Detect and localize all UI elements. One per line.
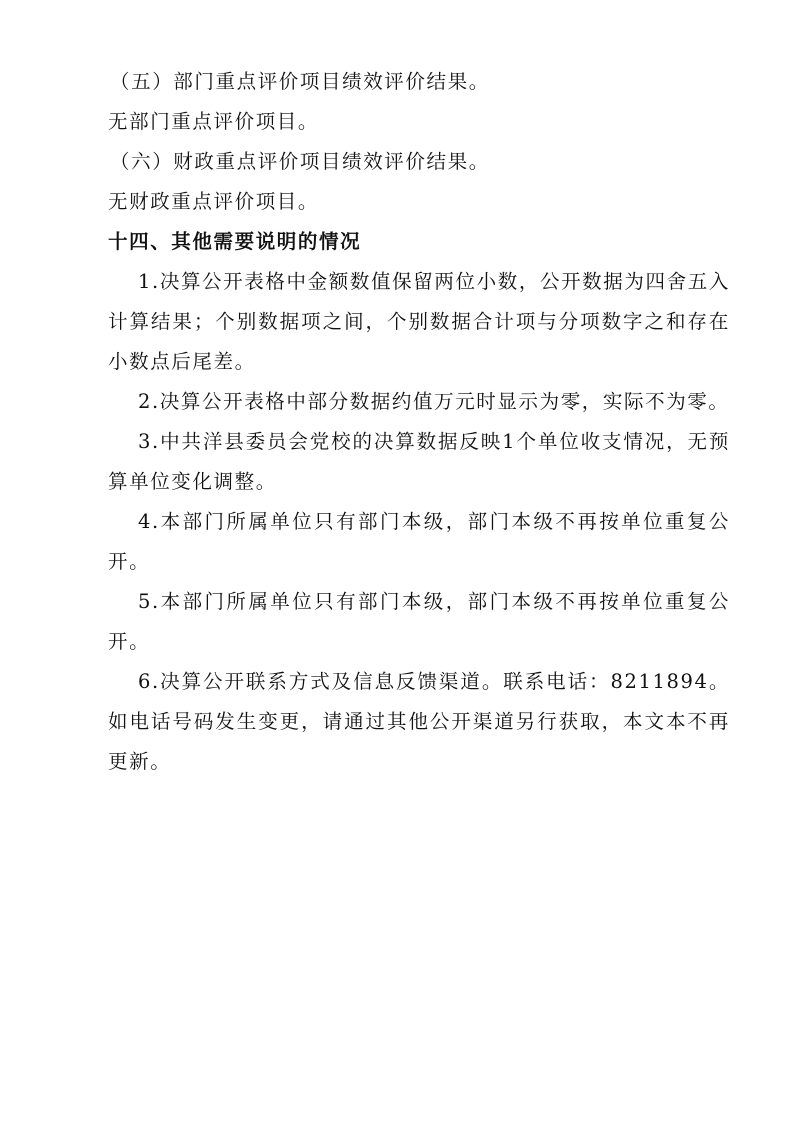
body-text: 无部门重点评价项目。 — [108, 102, 730, 142]
list-item: 1.决算公开表格中金额数值保留两位小数，公开数据为四舍五入计算结果；个别数据项之… — [108, 262, 730, 382]
list-item: 4.本部门所属单位只有部门本级，部门本级不再按单位重复公开。 — [108, 502, 730, 582]
list-item: 2.决算公开表格中部分数据约值万元时显示为零，实际不为零。 — [108, 382, 730, 422]
list-item: 5.本部门所属单位只有部门本级，部门本级不再按单位重复公开。 — [108, 582, 730, 662]
body-text: 无财政重点评价项目。 — [108, 182, 730, 222]
document-page: （五）部门重点评价项目绩效评价结果。 无部门重点评价项目。 （六）财政重点评价项… — [108, 62, 730, 782]
section-heading: 十四、其他需要说明的情况 — [108, 222, 730, 262]
list-item: 6.决算公开联系方式及信息反馈渠道。联系电话：8211894。如电话号码发生变更… — [108, 662, 730, 782]
subheading-six: （六）财政重点评价项目绩效评价结果。 — [108, 142, 730, 182]
subheading-five: （五）部门重点评价项目绩效评价结果。 — [108, 62, 730, 102]
list-item: 3.中共洋县委员会党校的决算数据反映1个单位收支情况，无预算单位变化调整。 — [108, 422, 730, 502]
